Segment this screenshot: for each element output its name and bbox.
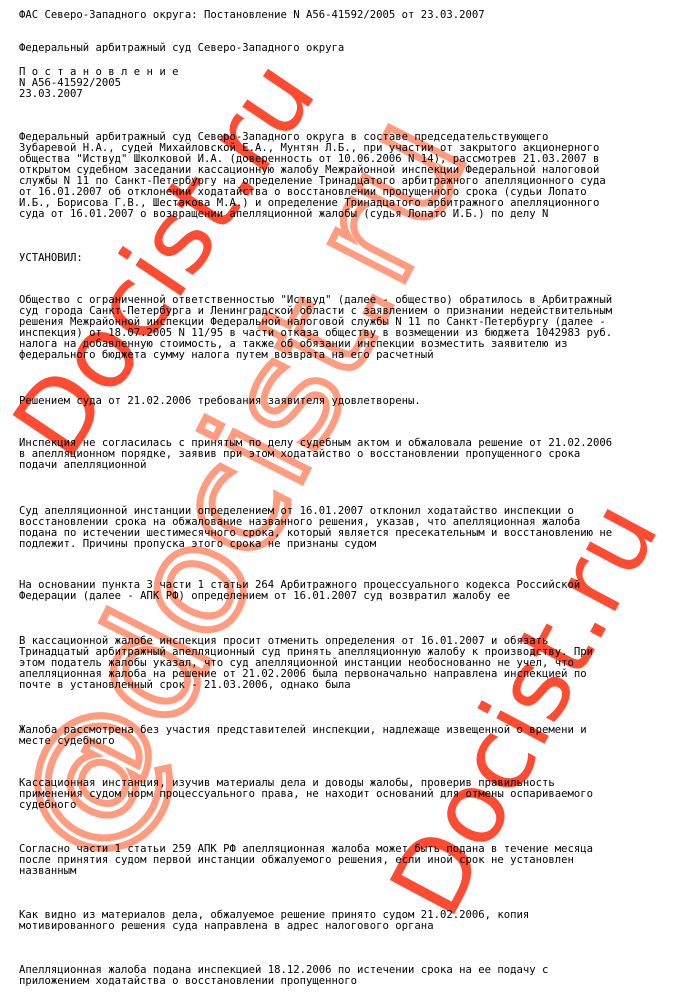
paragraph-line: применения судом норм процессуального пр… [19,789,593,800]
paragraph-line: судебного [19,800,593,811]
paragraph-line: подачи апелляционной [19,460,612,471]
paragraph-line: мотивированного решения суда направлена … [19,921,529,932]
paragraph: Апелляционная жалоба подана инспекцией 1… [19,965,548,987]
paragraph: Решением суда от 21.02.2006 требования з… [19,396,421,407]
paragraph: Кассационная инстанция, изучив материалы… [19,778,593,811]
intro-paragraph: Федеральный арбитражный суд Северо-Запад… [19,132,606,220]
established-heading: УСТАНОВИЛ: [19,253,83,264]
paragraph-line: Федерации (далее - АПК РФ) определением … [19,591,580,602]
paragraph-line: названным [19,866,593,877]
paragraph: Общество с ограниченной ответственностью… [19,295,612,361]
court-name: Федеральный арбитражный суд Северо-Запад… [19,43,344,54]
paragraph-line: федерального бюджета сумму налога путем … [19,350,612,361]
paragraph-line: Решением суда от 21.02.2006 требования з… [19,396,421,407]
document-date: 23.03.2007 [19,89,83,100]
paragraph: Как видно из материалов дела, обжалуемое… [19,910,529,932]
paragraph: Жалоба рассмотрена без участия представи… [19,725,587,747]
paragraph-line: после принятия судом первой инстанции об… [19,855,593,866]
paragraph: В кассационной жалобе инспекция просит о… [19,636,593,691]
intro-line: суда от 16.01.2007 о возвращении апелляц… [19,209,606,220]
paragraph-line: месте судебного [19,736,587,747]
document-title: ФАС Северо-Западного округа: Постановлен… [19,10,485,21]
paragraph: Согласно части 1 статьи 259 АПК РФ апелл… [19,844,593,877]
paragraph: На основании пункта 3 части 1 статьи 264… [19,580,580,602]
paragraph-line: почте в установленный срок - 21.03.2006,… [19,680,593,691]
paragraph-line: приложением ходатайства о восстановлении… [19,976,548,987]
paragraph: Суд апелляционной инстанции определением… [19,506,612,550]
paragraph: Инспекция не согласилась с принятым по д… [19,438,612,471]
paragraph-line: подлежит. Причины пропуска этого срока н… [19,539,612,550]
